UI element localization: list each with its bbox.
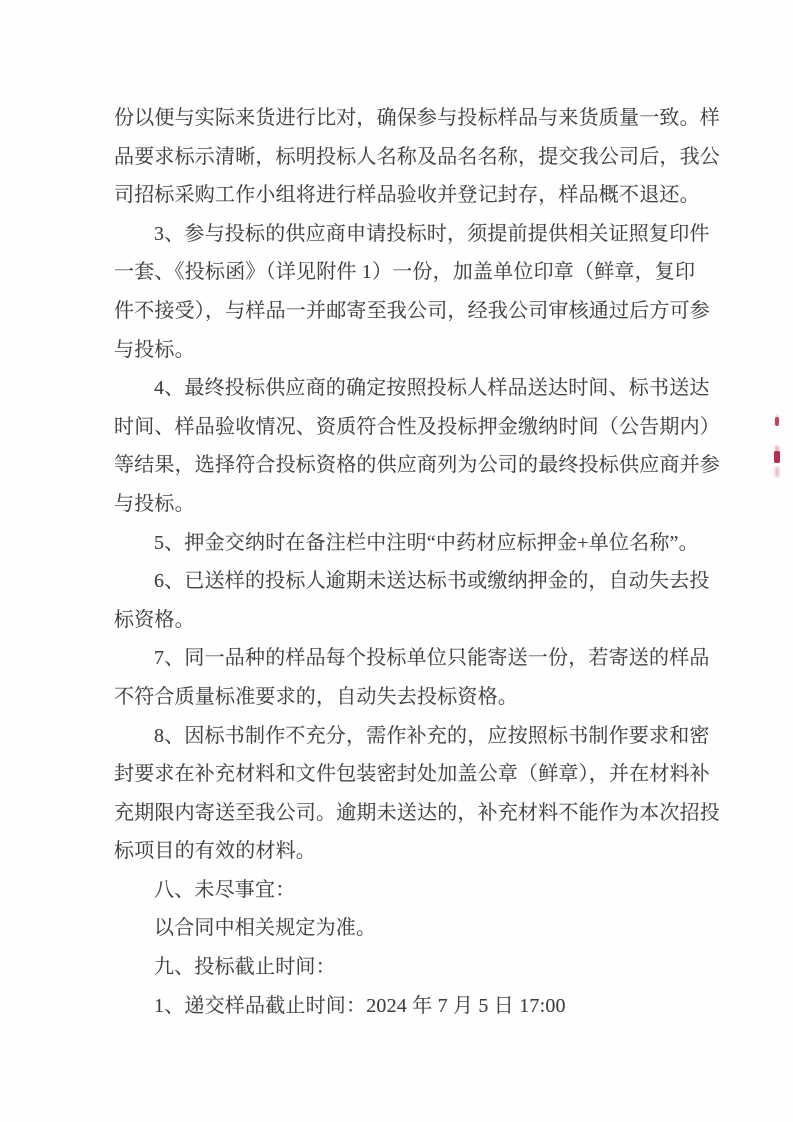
text-line-19: 充期限内寄送至我公司。逾期未送达的，补充材料不能作为本次招投 <box>114 794 714 833</box>
text-line-15-item-7: 7、同一品种的样品每个投标单位只能寄送一份，若寄送的样品 <box>114 639 714 678</box>
text-line-06: 件不接受），与样品一并邮寄至我公司，经我公司审核通过后方可参 <box>114 292 714 331</box>
text-line-16: 不符合质量标准要求的，自动失去投标资格。 <box>114 678 714 717</box>
red-ink-artifact-2 <box>774 451 780 463</box>
text-line-21-section-8: 八、未尽事宜： <box>114 871 714 910</box>
text-line-18: 封要求在补充材料和文件包装密封处加盖公章（鲜章），并在材料补 <box>114 755 714 794</box>
text-line-08-item-4: 4、最终投标供应商的确定按照投标人样品送达时间、标书送达 <box>114 369 714 408</box>
text-line-13-item-6: 6、已送样的投标人逾期未送达标书或缴纳押金的，自动失去投 <box>114 562 714 601</box>
text-line-24-deadline: 1、递交样品截止时间：2024 年 7 月 5 日 17:00 <box>114 987 714 1026</box>
text-line-04-item-3: 3、参与投标的供应商申请投标时，须提前提供相关证照复印件 <box>114 215 714 254</box>
document-body-text: 份以便与实际来货进行比对，确保参与投标样品与来货质量一致。样 品要求标示清晰，标… <box>114 99 714 1025</box>
text-line-11: 与投标。 <box>114 485 714 524</box>
text-line-10: 等结果，选择符合投标资格的供应商列为公司的最终投标供应商并参 <box>114 446 714 485</box>
red-ink-artifact-1 <box>775 417 779 426</box>
text-line-17-item-8: 8、因标书制作不充分，需作补充的，应按照标书制作要求和密 <box>114 717 714 756</box>
text-line-22: 以合同中相关规定为准。 <box>114 909 714 948</box>
text-line-14: 标资格。 <box>114 601 714 640</box>
text-line-01: 份以便与实际来货进行比对，确保参与投标样品与来货质量一致。样 <box>114 99 714 138</box>
text-line-02: 品要求标示清晰，标明投标人名称及品名名称，提交我公司后，我公 <box>114 138 714 177</box>
text-line-09: 时间、样品验收情况、资质符合性及投标押金缴纳时间（公告期内） <box>114 408 714 447</box>
text-line-03: 司招标采购工作小组将进行样品验收并登记封存，样品概不退还。 <box>114 176 714 215</box>
text-line-05: 一套、《投标函》（详见附件 1）一份，加盖单位印章（鲜章，复印 <box>114 253 714 292</box>
scanned-document-page: 份以便与实际来货进行比对，确保参与投标样品与来货质量一致。样 品要求标示清晰，标… <box>0 0 793 1122</box>
text-line-20: 标项目的有效的材料。 <box>114 832 714 871</box>
text-line-07: 与投标。 <box>114 331 714 370</box>
text-line-23-section-9: 九、投标截止时间： <box>114 948 714 987</box>
text-line-12-item-5: 5、押金交纳时在备注栏中注明“中药材应标押金+单位名称”。 <box>114 524 714 563</box>
